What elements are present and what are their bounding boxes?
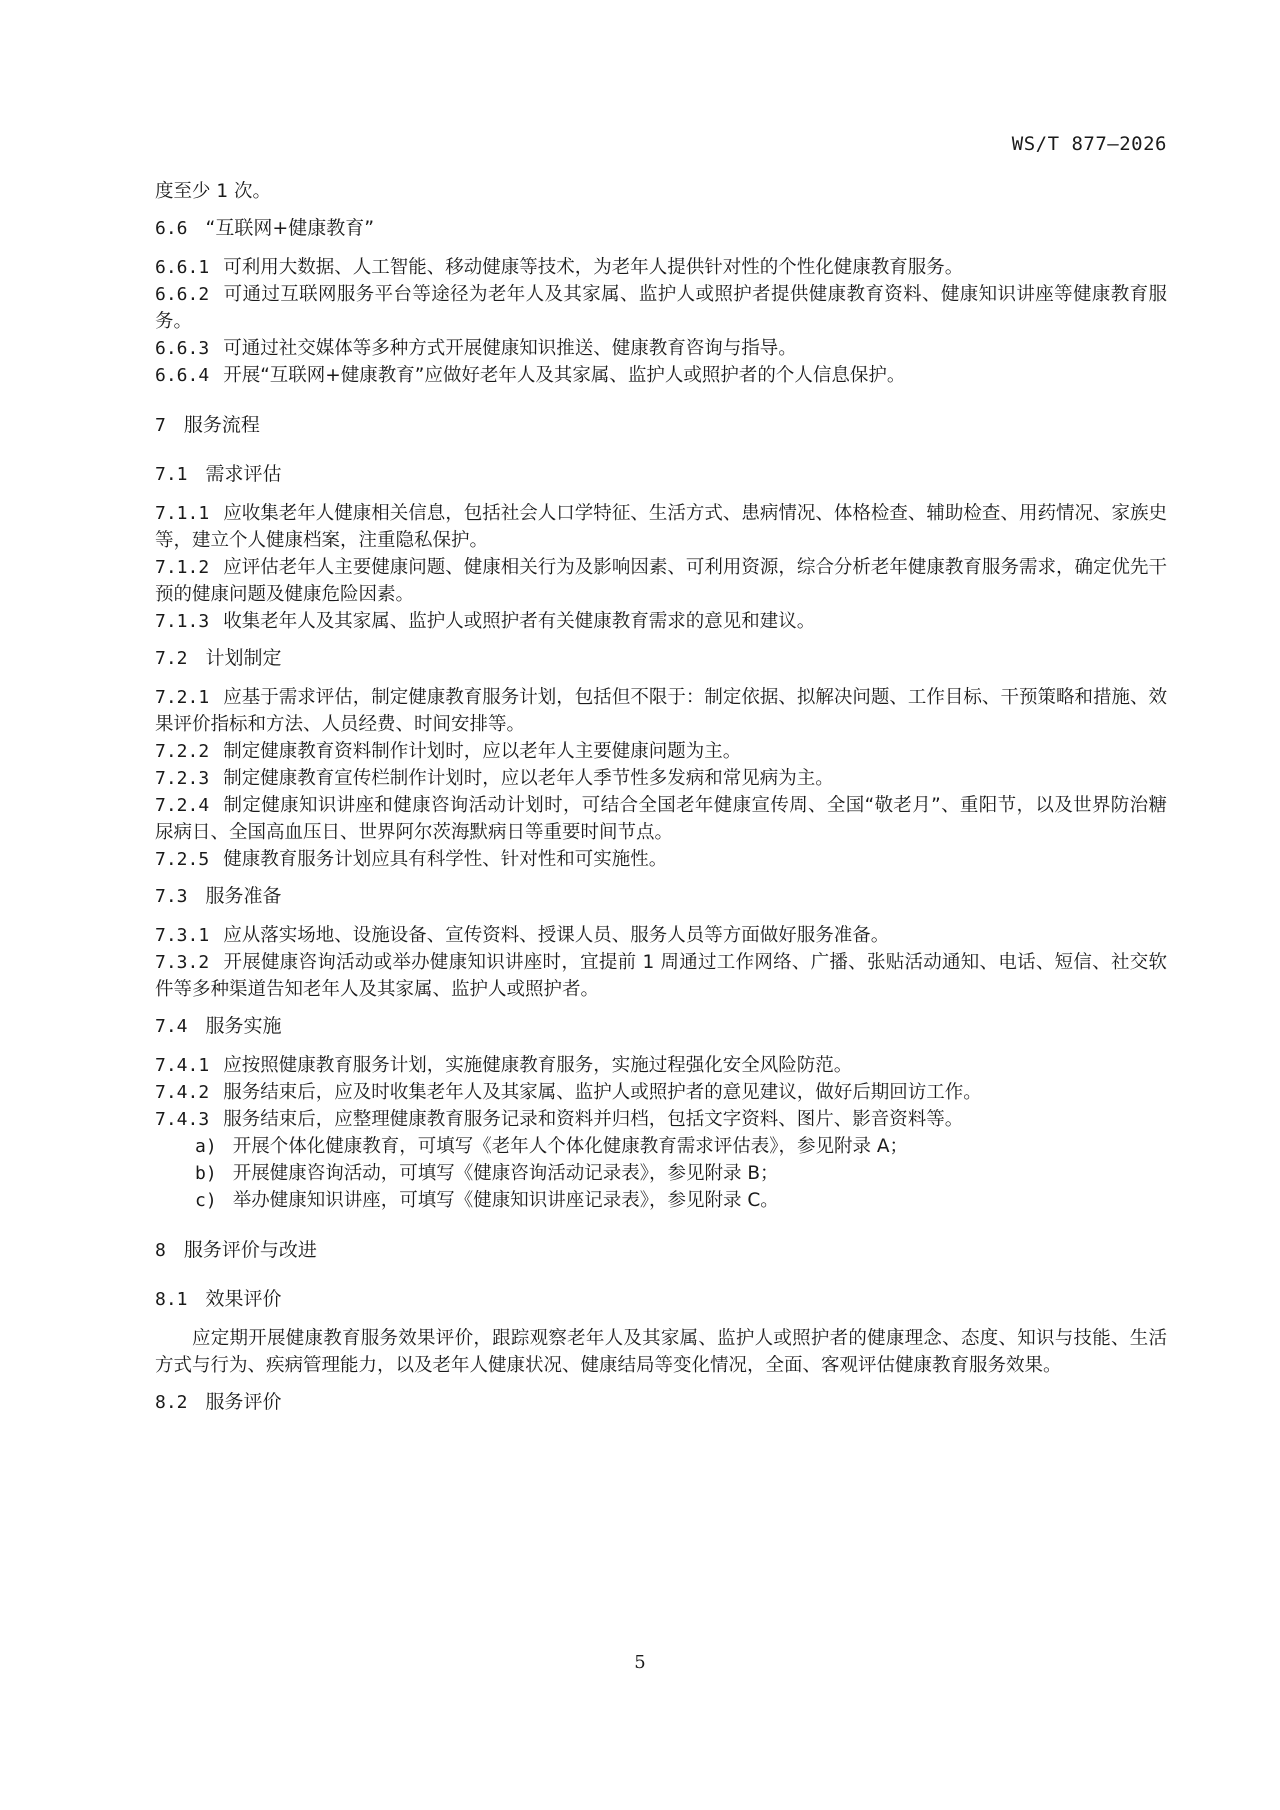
chapter-title: 服务评价与改进 — [184, 1239, 317, 1261]
list-marker: a) — [195, 1136, 217, 1157]
clause-text: 可通过社交媒体等多种方式开展健康知识推送、健康教育咨询与指导。 — [223, 338, 797, 359]
clause-text: 制定健康教育资料制作计划时，应以老年人主要健康问题为主。 — [223, 741, 741, 762]
clause-7-2-4: 7.2.4制定健康知识讲座和健康咨询活动计划时，可结合全国老年健康宣传周、全国“… — [155, 792, 1167, 846]
clause-number: 7.4.3 — [155, 1109, 209, 1130]
clause-6-6-3: 6.6.3可通过社交媒体等多种方式开展健康知识推送、健康教育咨询与指导。 — [155, 335, 1167, 362]
chapter-number: 7 — [155, 415, 166, 436]
section-title: 效果评价 — [206, 1288, 282, 1310]
clause-text: 开展“互联网+健康教育”应做好老年人及其家属、监护人或照护者的个人信息保护。 — [223, 365, 905, 386]
section-6-6-heading: 6.6“互联网+健康教育” — [155, 215, 1167, 242]
standard-code-header: WS/T 877—2026 — [1012, 133, 1167, 155]
document-body: 度至少 1 次。 6.6“互联网+健康教育” 6.6.1可利用大数据、人工智能、… — [155, 178, 1167, 1428]
section-title: 服务准备 — [206, 885, 282, 907]
clause-7-2-3: 7.2.3制定健康教育宣传栏制作计划时，应以老年人季节性多发病和常见病为主。 — [155, 765, 1167, 792]
section-title: 服务实施 — [206, 1015, 282, 1037]
clause-7-1-1: 7.1.1应收集老年人健康相关信息，包括社会人口学特征、生活方式、患病情况、体格… — [155, 500, 1167, 554]
section-title: 需求评估 — [206, 463, 282, 485]
clause-7-1-3: 7.1.3收集老年人及其家属、监护人或照护者有关健康教育需求的意见和建议。 — [155, 608, 1167, 635]
section-title: 服务评价 — [206, 1391, 282, 1413]
clause-text: 制定健康教育宣传栏制作计划时，应以老年人季节性多发病和常见病为主。 — [223, 768, 834, 789]
clause-7-3-2: 7.3.2开展健康咨询活动或举办健康知识讲座时，宜提前 1 周通过工作网络、广播… — [155, 949, 1167, 1003]
clause-number: 6.6.4 — [155, 365, 209, 386]
clause-6-6-1: 6.6.1可利用大数据、人工智能、移动健康等技术，为老年人提供针对性的个性化健康… — [155, 254, 1167, 281]
section-number: 7.2 — [155, 648, 188, 669]
clause-text: 可利用大数据、人工智能、移动健康等技术，为老年人提供针对性的个性化健康教育服务。 — [223, 257, 963, 278]
paragraph-8-1: 应定期开展健康教育服务效果评价，跟踪观察老年人及其家属、监护人或照护者的健康理念… — [155, 1325, 1167, 1379]
clause-text: 服务结束后，应整理健康教育服务记录和资料并归档，包括文字资料、图片、影音资料等。 — [223, 1109, 963, 1130]
clause-number: 7.1.1 — [155, 503, 209, 524]
clause-7-2-1: 7.2.1应基于需求评估，制定健康教育服务计划，包括但不限于：制定依据、拟解决问… — [155, 684, 1167, 738]
clause-number: 7.2.4 — [155, 795, 209, 816]
clause-text: 制定健康知识讲座和健康咨询活动计划时，可结合全国老年健康宣传周、全国“敬老月”、… — [155, 795, 1167, 843]
list-item-b: b)开展健康咨询活动，可填写《健康咨询活动记录表》，参见附录 B； — [195, 1160, 1167, 1187]
clause-number: 6.6.3 — [155, 338, 209, 359]
clause-7-2-5: 7.2.5健康教育服务计划应具有科学性、针对性和可实施性。 — [155, 846, 1167, 873]
clause-text: 应按照健康教育服务计划，实施健康教育服务，实施过程强化安全风险防范。 — [223, 1055, 852, 1076]
section-number: 7.3 — [155, 886, 188, 907]
section-8-2-heading: 8.2服务评价 — [155, 1389, 1167, 1416]
section-number: 7.4 — [155, 1016, 188, 1037]
clause-text: 健康教育服务计划应具有科学性、针对性和可实施性。 — [223, 849, 667, 870]
clause-7-4-2: 7.4.2服务结束后，应及时收集老年人及其家属、监护人或照护者的意见建议，做好后… — [155, 1079, 1167, 1106]
clause-number: 7.2.1 — [155, 687, 209, 708]
clause-6-6-4: 6.6.4开展“互联网+健康教育”应做好老年人及其家属、监护人或照护者的个人信息… — [155, 362, 1167, 389]
list-item-a: a)开展个体化健康教育，可填写《老年人个体化健康教育需求评估表》，参见附录 A； — [195, 1133, 1167, 1160]
clause-text: 应基于需求评估，制定健康教育服务计划，包括但不限于：制定依据、拟解决问题、工作目… — [155, 687, 1167, 735]
section-title: 计划制定 — [206, 647, 282, 669]
list-item-text: 开展个体化健康教育，可填写《老年人个体化健康教育需求评估表》，参见附录 A； — [233, 1136, 908, 1157]
page-number: 5 — [0, 1652, 1280, 1673]
clause-text: 开展健康咨询活动或举办健康知识讲座时，宜提前 1 周通过工作网络、广播、张贴活动… — [155, 952, 1167, 1000]
clause-text: 应从落实场地、设施设备、宣传资料、授课人员、服务人员等方面做好服务准备。 — [223, 925, 889, 946]
section-number: 7.1 — [155, 464, 188, 485]
section-7-2-heading: 7.2计划制定 — [155, 645, 1167, 672]
section-title: “互联网+健康教育” — [206, 217, 375, 239]
clause-number: 7.3.2 — [155, 952, 209, 973]
clause-number: 7.2.5 — [155, 849, 209, 870]
chapter-title: 服务流程 — [184, 414, 260, 436]
clause-number: 6.6.2 — [155, 284, 209, 305]
clause-text: 可通过互联网服务平台等途径为老年人及其家属、监护人或照护者提供健康教育资料、健康… — [155, 284, 1167, 332]
chapter-8-heading: 8服务评价与改进 — [155, 1237, 1167, 1264]
clause-number: 7.4.2 — [155, 1082, 209, 1103]
section-7-1-heading: 7.1需求评估 — [155, 461, 1167, 488]
clause-6-6-2: 6.6.2可通过互联网服务平台等途径为老年人及其家属、监护人或照护者提供健康教育… — [155, 281, 1167, 335]
clause-number: 7.3.1 — [155, 925, 209, 946]
clause-7-3-1: 7.3.1应从落实场地、设施设备、宣传资料、授课人员、服务人员等方面做好服务准备… — [155, 922, 1167, 949]
clause-7-4-1: 7.4.1应按照健康教育服务计划，实施健康教育服务，实施过程强化安全风险防范。 — [155, 1052, 1167, 1079]
clause-text: 服务结束后，应及时收集老年人及其家属、监护人或照护者的意见建议，做好后期回访工作… — [223, 1082, 982, 1103]
list-item-text: 开展健康咨询活动，可填写《健康咨询活动记录表》，参见附录 B； — [233, 1163, 779, 1184]
clause-number: 6.6.1 — [155, 257, 209, 278]
section-number: 6.6 — [155, 218, 188, 239]
clause-7-1-2: 7.1.2应评估老年人主要健康问题、健康相关行为及影响因素、可利用资源，综合分析… — [155, 554, 1167, 608]
list-marker: b) — [195, 1163, 217, 1184]
list-item-c: c)举办健康知识讲座，可填写《健康知识讲座记录表》，参见附录 C。 — [195, 1187, 1167, 1214]
clause-number: 7.1.3 — [155, 611, 209, 632]
clause-number: 7.2.2 — [155, 741, 209, 762]
clause-7-2-2: 7.2.2制定健康教育资料制作计划时，应以老年人主要健康问题为主。 — [155, 738, 1167, 765]
list-item-text: 举办健康知识讲座，可填写《健康知识讲座记录表》，参见附录 C。 — [233, 1190, 779, 1211]
clause-number: 7.1.2 — [155, 557, 209, 578]
section-8-1-heading: 8.1效果评价 — [155, 1286, 1167, 1313]
clause-text: 应评估老年人主要健康问题、健康相关行为及影响因素、可利用资源，综合分析老年健康教… — [155, 557, 1167, 605]
chapter-7-heading: 7服务流程 — [155, 412, 1167, 439]
clause-number: 7.2.3 — [155, 768, 209, 789]
clause-7-4-3: 7.4.3服务结束后，应整理健康教育服务记录和资料并归档，包括文字资料、图片、影… — [155, 1106, 1167, 1133]
section-7-3-heading: 7.3服务准备 — [155, 883, 1167, 910]
clause-number: 7.4.1 — [155, 1055, 209, 1076]
section-number: 8.1 — [155, 1289, 188, 1310]
section-7-4-heading: 7.4服务实施 — [155, 1013, 1167, 1040]
chapter-number: 8 — [155, 1240, 166, 1261]
continuation-text: 度至少 1 次。 — [155, 178, 1167, 205]
section-number: 8.2 — [155, 1392, 188, 1413]
clause-text: 应收集老年人健康相关信息，包括社会人口学特征、生活方式、患病情况、体格检查、辅助… — [155, 503, 1167, 551]
clause-text: 收集老年人及其家属、监护人或照护者有关健康教育需求的意见和建议。 — [223, 611, 815, 632]
list-marker: c) — [195, 1190, 217, 1211]
